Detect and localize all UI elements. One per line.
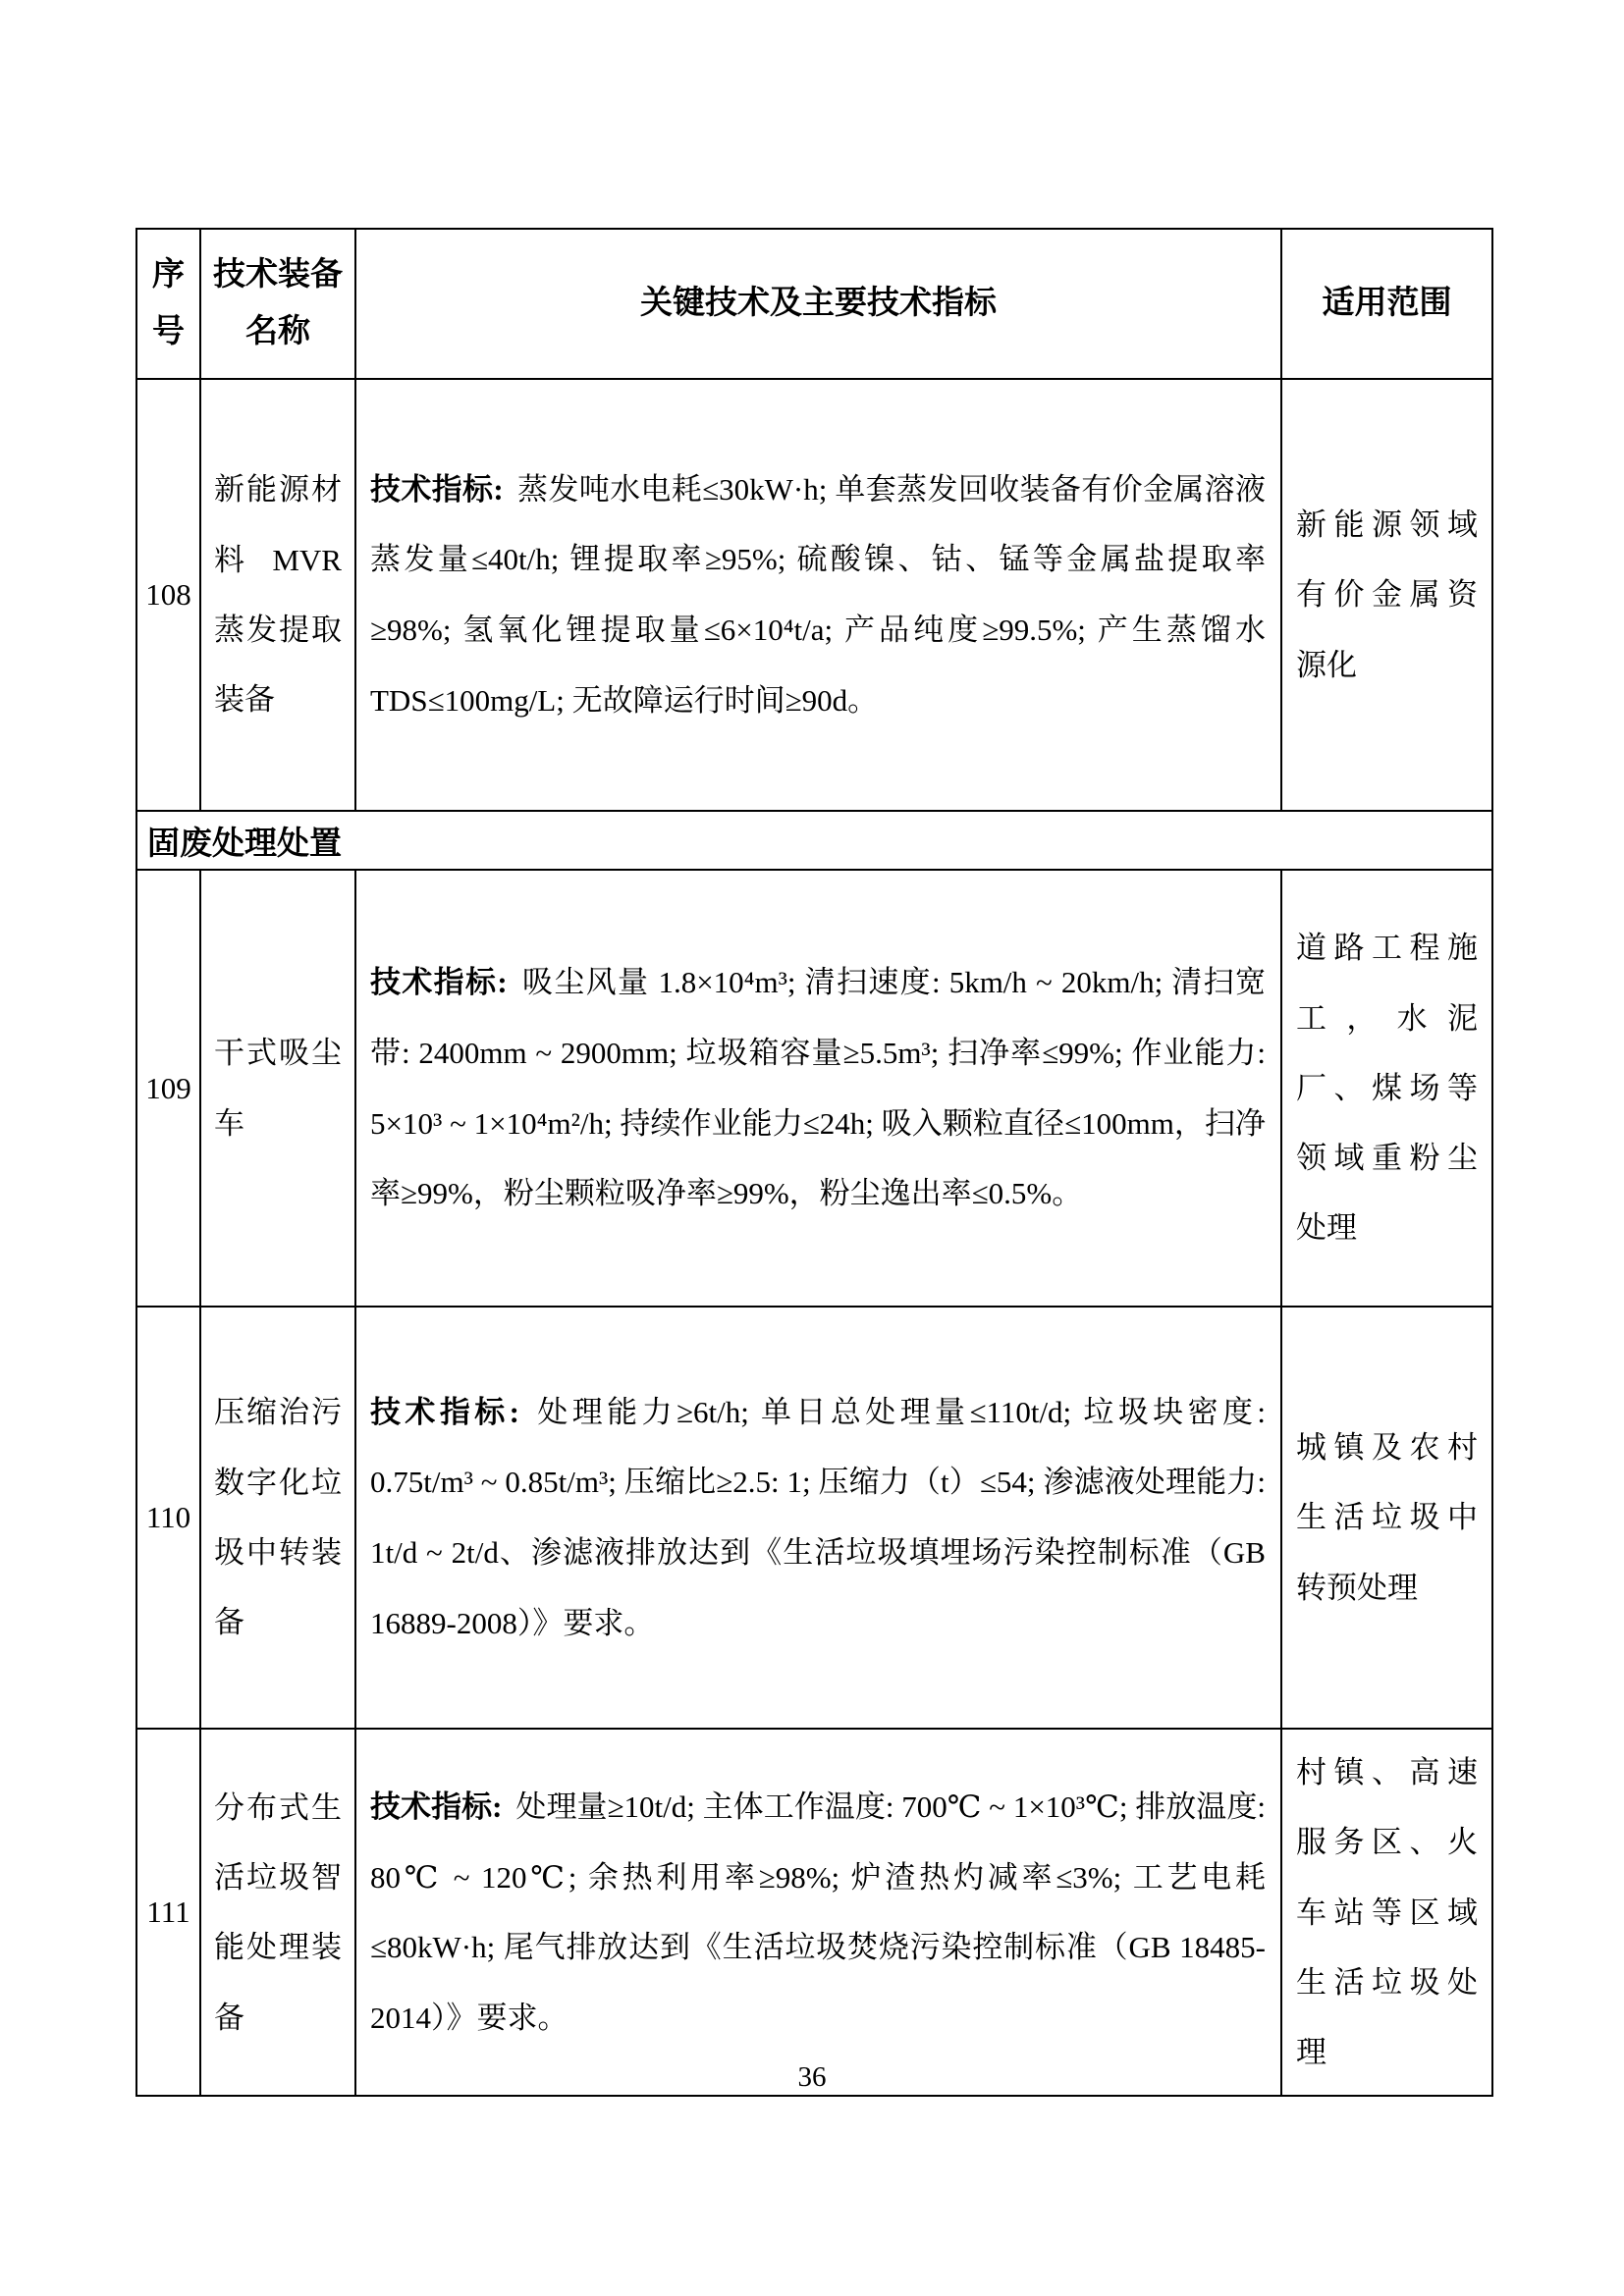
equipment-name-cell: 新能源材料MVR蒸发提取装备 [200,379,355,811]
equipment-name-cell: 压缩治污数字化垃圾中转装备 [200,1307,355,1729]
indicator-text: 吸尘风量 1.8×10⁴m³; 清扫速度: 5km/h ~ 20km/h; 清扫… [370,965,1266,1210]
document-page: 序号 技术装备名称 关键技术及主要技术指标 适用范围 108 新能源材料MVR蒸… [0,0,1624,2296]
equipment-name-cell: 干式吸尘车 [200,870,355,1307]
indicators-cell: 技术指标:吸尘风量 1.8×10⁴m³; 清扫速度: 5km/h ~ 20km/… [355,870,1281,1307]
column-header-key-indicators: 关键技术及主要技术指标 [355,229,1281,379]
indicator-text: 处理量≥10t/d; 主体工作温度: 700℃ ~ 1×10³℃; 排放温度: … [370,1789,1266,2035]
equipment-name-cell: 分布式生活垃圾智能处理装备 [200,1729,355,2096]
row-id-cell: 108 [136,379,200,811]
table-header-row: 序号 技术装备名称 关键技术及主要技术指标 适用范围 [136,229,1492,379]
section-header-row: 固废处理处置 [136,811,1492,870]
row-id-cell: 111 [136,1729,200,2096]
scope-cell: 城镇及农村生活垃圾中转预处理 [1281,1307,1492,1729]
indicator-label: 技术指标: [370,472,504,507]
table-row: 109 干式吸尘车 技术指标:吸尘风量 1.8×10⁴m³; 清扫速度: 5km… [136,870,1492,1307]
table-row: 111 分布式生活垃圾智能处理装备 技术指标:处理量≥10t/d; 主体工作温度… [136,1729,1492,2096]
indicators-cell: 技术指标:蒸发吨水电耗≤30kW·h; 单套蒸发回收装备有价金属溶液蒸发量≤40… [355,379,1281,811]
indicators-cell: 技术指标:处理能力≥6t/h; 单日总处理量≤110t/d; 垃圾块密度: 0.… [355,1307,1281,1729]
column-header-scope: 适用范围 [1281,229,1492,379]
page-number: 36 [0,2061,1624,2094]
indicator-text: 处理能力≥6t/h; 单日总处理量≤110t/d; 垃圾块密度: 0.75t/m… [370,1395,1266,1640]
row-id-cell: 109 [136,870,200,1307]
scope-cell: 村镇、高速服务区、火车站等区域生活垃圾处理 [1281,1729,1492,2096]
indicator-label: 技术指标: [370,965,508,999]
section-header-label: 固废处理处置 [136,811,1492,870]
equipment-spec-table: 序号 技术装备名称 关键技术及主要技术指标 适用范围 108 新能源材料MVR蒸… [135,228,1493,2097]
indicators-cell: 技术指标:处理量≥10t/d; 主体工作温度: 700℃ ~ 1×10³℃; 排… [355,1729,1281,2096]
indicator-text: 蒸发吨水电耗≤30kW·h; 单套蒸发回收装备有价金属溶液蒸发量≤40t/h; … [370,472,1266,718]
column-header-equipment-name: 技术装备名称 [200,229,355,379]
table-row: 110 压缩治污数字化垃圾中转装备 技术指标:处理能力≥6t/h; 单日总处理量… [136,1307,1492,1729]
column-header-serial: 序号 [136,229,200,379]
indicator-label: 技术指标: [370,1395,519,1429]
table-row: 108 新能源材料MVR蒸发提取装备 技术指标:蒸发吨水电耗≤30kW·h; 单… [136,379,1492,811]
scope-cell: 新能源领域有价金属资源化 [1281,379,1492,811]
scope-cell: 道路工程施工，水泥厂、煤场等领域重粉尘处理 [1281,870,1492,1307]
row-id-cell: 110 [136,1307,200,1729]
indicator-label: 技术指标: [370,1789,502,1824]
